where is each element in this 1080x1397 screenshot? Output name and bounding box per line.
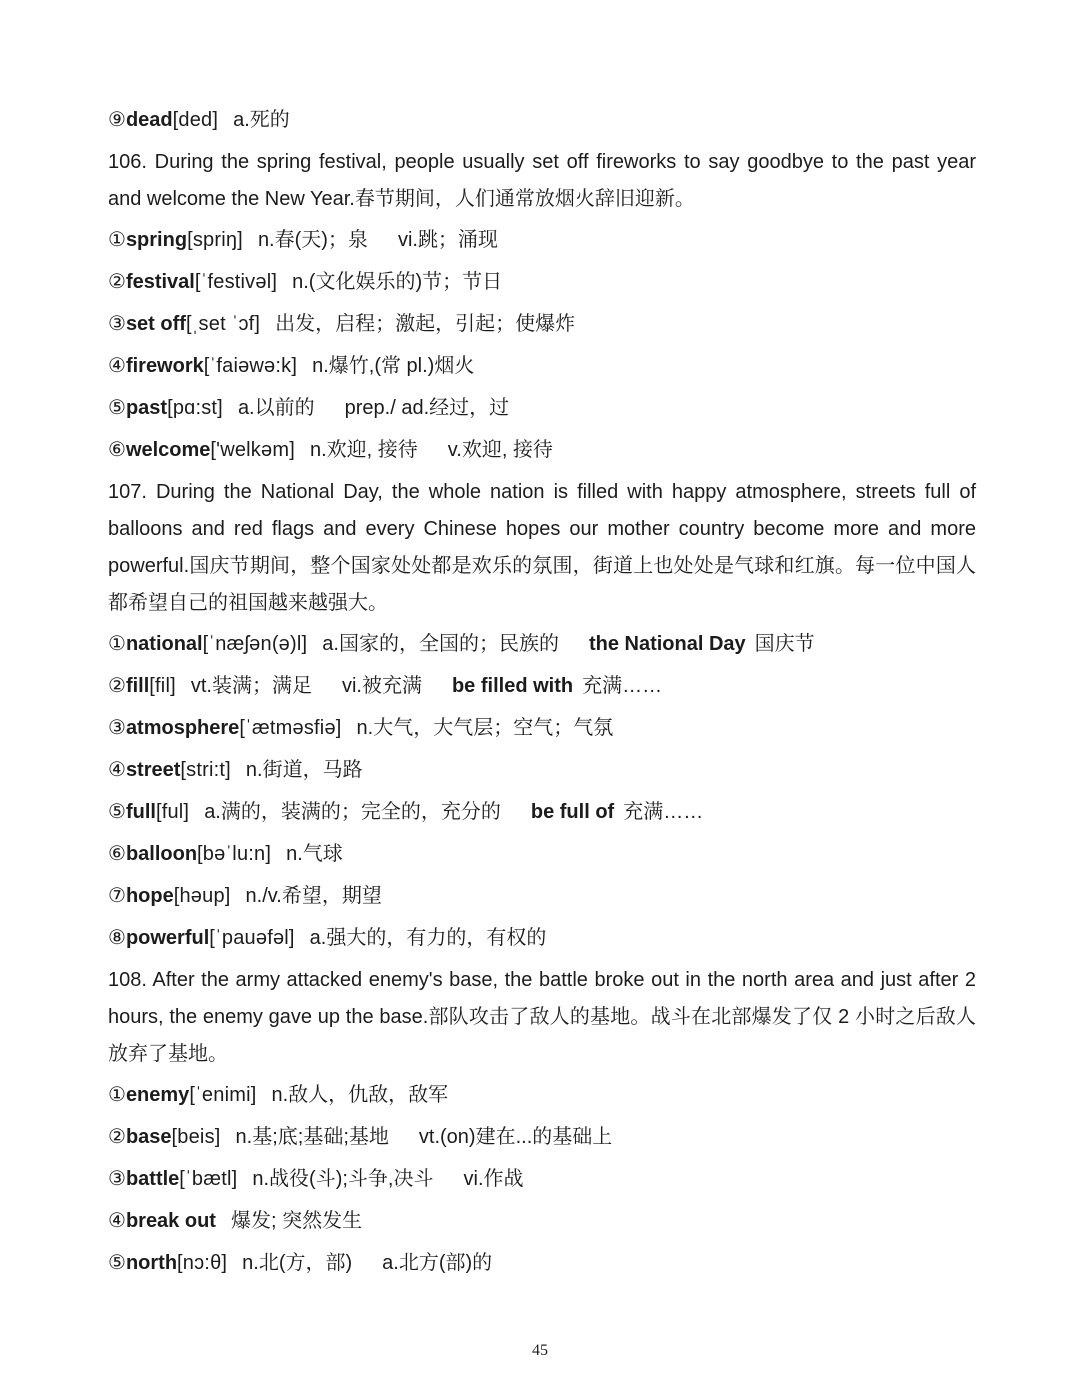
- entry-definition: n.(文化娱乐的)节；节日: [292, 271, 502, 293]
- entry-definition: n./v.希望，期望: [246, 885, 382, 907]
- vocab-entry: ⑤north[nɔ:θ]n.北(方，部)a.北方(部)的: [108, 1245, 976, 1282]
- entry-word: north: [126, 1252, 177, 1274]
- sentence-paragraph: 106. During the spring festival, people …: [108, 144, 976, 218]
- entry-marker: ②: [108, 271, 126, 293]
- vocab-entry: ②base[beis]n.基;底;基础;基地vt.(on)建在...的基础上: [108, 1119, 976, 1156]
- entry-word: festival: [126, 271, 195, 293]
- entry-word: street: [126, 759, 180, 781]
- entry-marker: ⑤: [108, 801, 126, 823]
- entry-word: base: [126, 1126, 172, 1148]
- entry-pronunciation: [ded]: [173, 109, 218, 131]
- entry-marker: ⑤: [108, 397, 126, 419]
- entry-pronunciation: [ˈenimi]: [189, 1084, 256, 1106]
- entry-definition: n.战役(斗);斗争,决斗: [252, 1168, 433, 1190]
- entry-definition: n.北(方，部): [242, 1252, 352, 1274]
- entry-pronunciation: [ˈfestivəl]: [195, 271, 277, 293]
- entry-marker: ③: [108, 717, 126, 739]
- vocab-entry: ③atmosphere[ˈætməsfiə]n.大气，大气层；空气；气氛: [108, 710, 976, 747]
- vocab-entry: ②festival[ˈfestivəl]n.(文化娱乐的)节；节日: [108, 264, 976, 301]
- entry-pronunciation: [həup]: [174, 885, 231, 907]
- entry-word: past: [126, 397, 167, 419]
- entry-definition: 爆发; 突然发生: [231, 1210, 362, 1232]
- entry-word: battle: [126, 1168, 179, 1190]
- vocab-entry: ⑤past[pɑ:st]a.以前的prep./ ad.经过，过: [108, 390, 976, 427]
- entry-marker: ③: [108, 313, 126, 335]
- vocab-entry: ①spring[spriŋ]n.春(天)；泉vi.跳；涌现: [108, 222, 976, 259]
- vocab-entry: ③set off[ˌset ˈɔf]出发，启程；激起，引起；使爆炸: [108, 306, 976, 343]
- entry-word: full: [126, 801, 156, 823]
- entry-definition: prep./ ad.经过，过: [345, 397, 510, 419]
- entry-marker: ⑦: [108, 885, 126, 907]
- entry-definition: 充满……: [582, 675, 662, 697]
- vocab-entry: ①national[ˈnæʃən(ə)l]a.国家的，全国的；民族的the Na…: [108, 626, 976, 663]
- entry-definition: 国庆节: [755, 633, 815, 655]
- entry-word: fill: [126, 675, 149, 697]
- entry-marker: ⑥: [108, 439, 126, 461]
- sentence-paragraph: 108. After the army attacked enemy's bas…: [108, 962, 976, 1073]
- entry-marker: ⑨: [108, 109, 126, 131]
- entry-definition: n.敌人，仇敌，敌军: [271, 1084, 448, 1106]
- entry-phrase: be full of: [531, 801, 614, 823]
- vocab-entry: ④street[stri:t]n.街道，马路: [108, 752, 976, 789]
- entry-marker: ②: [108, 1126, 126, 1148]
- entry-definition: a.死的: [233, 109, 290, 131]
- entry-phrase: the National Day: [589, 633, 746, 655]
- entry-marker: ①: [108, 1084, 126, 1106]
- entry-definition: vi.作战: [464, 1168, 524, 1190]
- entry-definition: n.街道，马路: [246, 759, 363, 781]
- entry-pronunciation: [pɑ:st]: [167, 397, 223, 419]
- entry-definition: vi.被充满: [342, 675, 422, 697]
- entry-definition: n.春(天)；泉: [258, 229, 368, 251]
- entry-word: atmosphere: [126, 717, 239, 739]
- entry-pronunciation: [ˈnæʃən(ə)l]: [203, 633, 308, 655]
- entry-definition: a.满的，装满的；完全的，充分的: [204, 801, 501, 823]
- vocab-entry: ④break out爆发; 突然发生: [108, 1203, 976, 1240]
- entry-marker: ④: [108, 355, 126, 377]
- entry-definition: n.爆竹,(常 pl.)烟火: [312, 355, 474, 377]
- entry-marker: ③: [108, 1168, 126, 1190]
- entry-word: dead: [126, 109, 173, 131]
- page-number: 45: [532, 1342, 548, 1359]
- entry-marker: ①: [108, 229, 126, 251]
- entry-definition: n.大气，大气层；空气；气氛: [357, 717, 614, 739]
- entry-pronunciation: [bəˈlu:n]: [197, 843, 271, 865]
- entry-pronunciation: [ˈpauəfəl]: [209, 927, 294, 949]
- entry-pronunciation: [ˌset ˈɔf]: [186, 313, 260, 335]
- entry-definition: 充满……: [623, 801, 703, 823]
- document-page: { "page": { "background_color": "#ffffff…: [0, 0, 1080, 1397]
- entry-pronunciation: [ˈfaiəwə:k]: [204, 355, 297, 377]
- entry-pronunciation: ['welkəm]: [210, 439, 295, 461]
- entry-word: welcome: [126, 439, 210, 461]
- entry-definition: n.气球: [286, 843, 343, 865]
- entry-marker: ⑤: [108, 1252, 126, 1274]
- entry-marker: ②: [108, 675, 126, 697]
- entry-word: break out: [126, 1210, 216, 1232]
- entry-word: firework: [126, 355, 204, 377]
- entry-word: spring: [126, 229, 187, 251]
- entry-marker: ④: [108, 759, 126, 781]
- entry-definition: n.基;底;基础;基地: [236, 1126, 389, 1148]
- vocab-entry: ⑤full[ful]a.满的，装满的；完全的，充分的be full of充满……: [108, 794, 976, 831]
- vocab-entry: ⑨dead[ded]a.死的: [108, 102, 976, 139]
- entry-definition: a.强大的，有力的，有权的: [310, 927, 547, 949]
- entry-definition: vi.跳；涌现: [398, 229, 498, 251]
- entry-definition: a.以前的: [238, 397, 315, 419]
- sentence-paragraph: 107. During the National Day, the whole …: [108, 474, 976, 622]
- vocab-entry: ⑧powerful[ˈpauəfəl]a.强大的，有力的，有权的: [108, 920, 976, 957]
- vocab-entry: ③battle[ˈbætl]n.战役(斗);斗争,决斗vi.作战: [108, 1161, 976, 1198]
- entry-word: powerful: [126, 927, 209, 949]
- vocab-entry: ②fill[fil]vt.装满；满足vi.被充满be filled with充满…: [108, 668, 976, 705]
- vocabulary-document-content: ⑨dead[ded]a.死的106. During the spring fes…: [0, 0, 1080, 1282]
- entry-word: hope: [126, 885, 174, 907]
- vocab-entry: ⑥balloon[bəˈlu:n]n.气球: [108, 836, 976, 873]
- entry-definition: n.欢迎, 接待: [310, 439, 418, 461]
- page-footer: 45: [0, 1342, 1080, 1360]
- entry-pronunciation: [nɔ:θ]: [177, 1252, 227, 1274]
- vocab-entry: ⑥welcome['welkəm]n.欢迎, 接待v.欢迎, 接待: [108, 432, 976, 469]
- entry-pronunciation: [ful]: [156, 801, 189, 823]
- entry-word: set off: [126, 313, 186, 335]
- entry-pronunciation: [spriŋ]: [187, 229, 243, 251]
- entry-word: national: [126, 633, 203, 655]
- entry-definition: a.国家的，全国的；民族的: [322, 633, 559, 655]
- entry-phrase: be filled with: [452, 675, 573, 697]
- entry-word: balloon: [126, 843, 197, 865]
- vocab-entry: ④firework[ˈfaiəwə:k]n.爆竹,(常 pl.)烟火: [108, 348, 976, 385]
- entry-pronunciation: [ˈætməsfiə]: [239, 717, 341, 739]
- entry-definition: 出发，启程；激起，引起；使爆炸: [275, 313, 575, 335]
- entry-pronunciation: [stri:t]: [180, 759, 231, 781]
- entry-definition: vt.装满；满足: [191, 675, 312, 697]
- entry-marker: ①: [108, 633, 126, 655]
- vocab-entry: ①enemy[ˈenimi]n.敌人，仇敌，敌军: [108, 1077, 976, 1114]
- entry-marker: ④: [108, 1210, 126, 1232]
- entry-marker: ⑧: [108, 927, 126, 949]
- entry-definition: v.欢迎, 接待: [448, 439, 553, 461]
- entry-word: enemy: [126, 1084, 189, 1106]
- entry-pronunciation: [fil]: [149, 675, 176, 697]
- entry-definition: a.北方(部)的: [382, 1252, 492, 1274]
- entry-pronunciation: [beis]: [172, 1126, 221, 1148]
- entry-definition: vt.(on)建在...的基础上: [419, 1126, 612, 1148]
- vocab-entry: ⑦hope[həup]n./v.希望，期望: [108, 878, 976, 915]
- entry-pronunciation: [ˈbætl]: [179, 1168, 237, 1190]
- entry-marker: ⑥: [108, 843, 126, 865]
